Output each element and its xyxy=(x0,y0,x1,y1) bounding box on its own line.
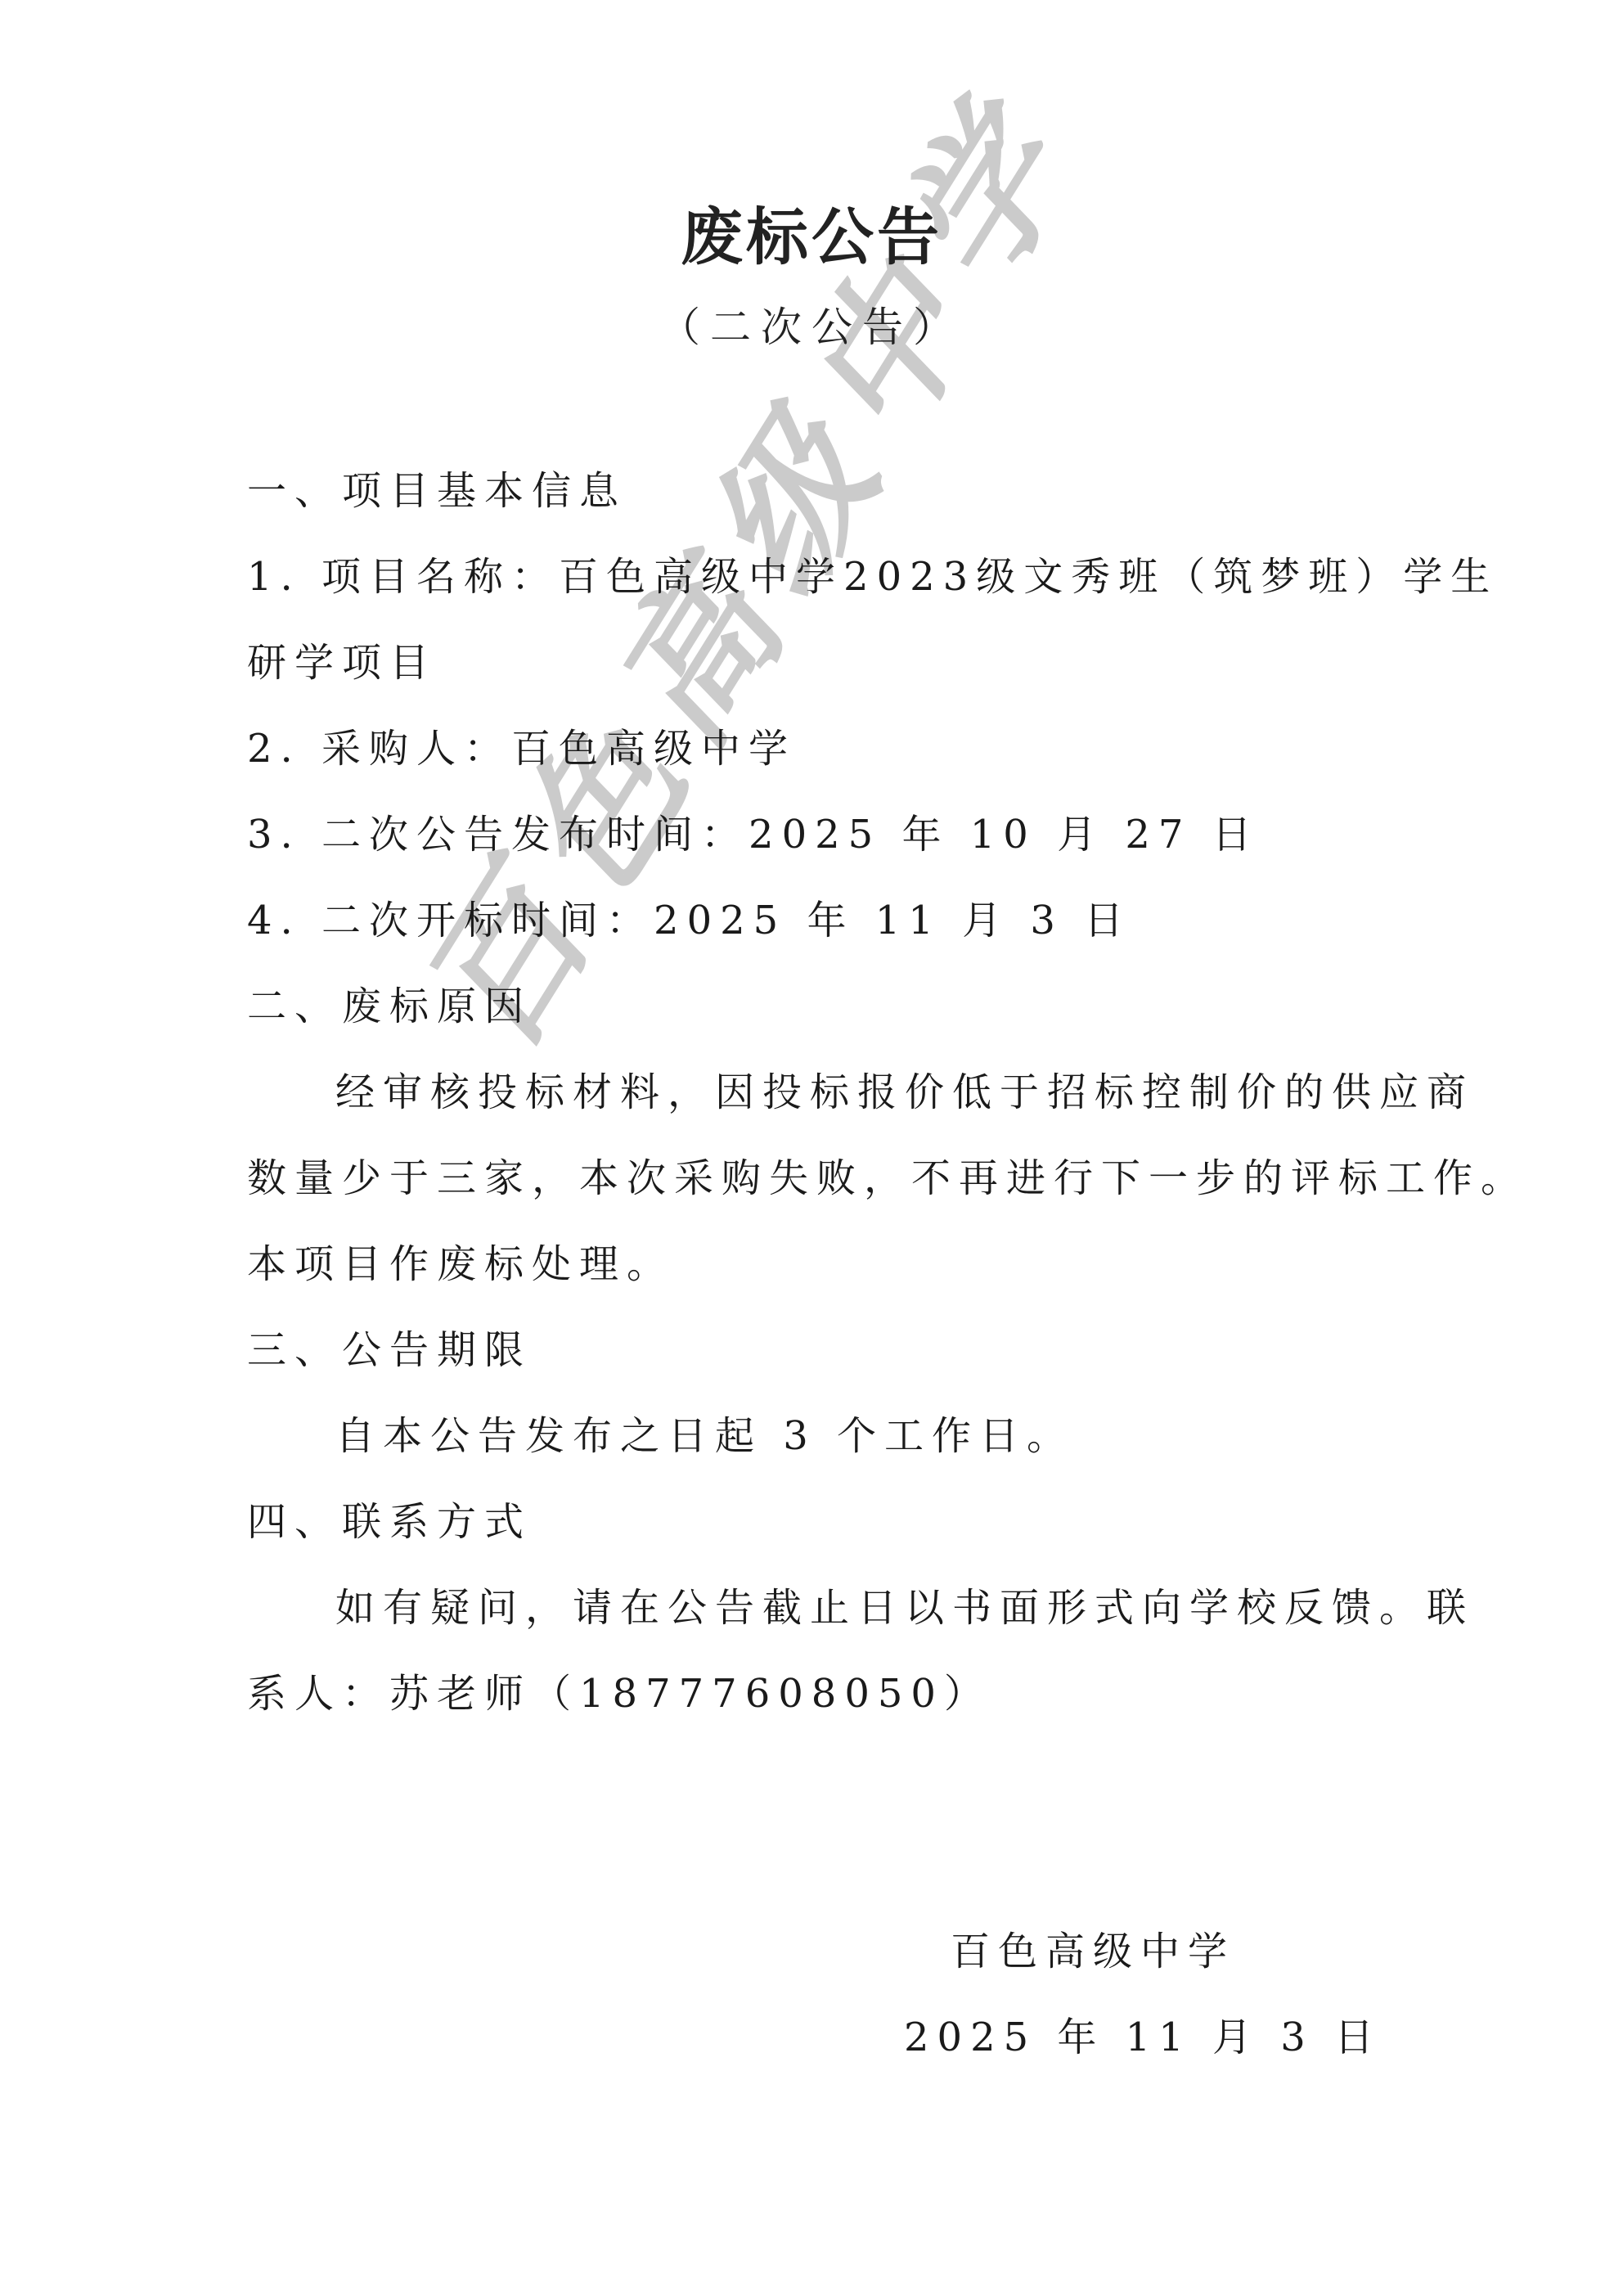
reason-paragraph-line-1: 经审核投标材料，因投标报价低于招标控制价的供应商 xyxy=(335,1064,1474,1121)
contact-paragraph-line-2: 系人：苏老师（18777608050） xyxy=(247,1665,991,1722)
reason-paragraph-line-2: 数量少于三家，本次采购失败，不再进行下一步的评标工作。 xyxy=(247,1150,1528,1207)
document-page: 百色高级中学 废标公告 （二次公告） 一、项目基本信息 1. 项目名称：百色高级… xyxy=(0,0,1623,2296)
section-heading-basic-info: 一、项目基本信息 xyxy=(247,462,627,520)
document-title: 废标公告 xyxy=(0,196,1623,278)
period-paragraph: 自本公告发布之日起 3 个工作日。 xyxy=(335,1407,1074,1465)
document-subtitle: （二次公告） xyxy=(0,295,1623,360)
project-name-line-continued: 研学项目 xyxy=(247,634,437,691)
contact-paragraph-line-1: 如有疑问，请在公告截止日以书面形式向学校反馈。联 xyxy=(335,1579,1474,1636)
project-name-line: 1. 项目名称：百色高级中学2023级文秀班（筑梦班）学生 xyxy=(247,548,1498,606)
signature-organization: 百色高级中学 xyxy=(951,1923,1235,1980)
section-heading-reason: 二、废标原因 xyxy=(247,978,532,1035)
purchaser-line: 2. 采购人：百色高级中学 xyxy=(247,720,796,777)
reason-paragraph-line-3: 本项目作废标处理。 xyxy=(247,1236,674,1293)
announcement-date-line: 3. 二次公告发布时间：2025 年 10 月 27 日 xyxy=(247,806,1260,863)
section-heading-period: 三、公告期限 xyxy=(247,1321,532,1379)
signature-date: 2025 年 11 月 3 日 xyxy=(904,2009,1382,2066)
section-heading-contact: 四、联系方式 xyxy=(247,1493,532,1551)
bid-opening-date-line: 4. 二次开标时间：2025 年 11 月 3 日 xyxy=(247,892,1131,949)
